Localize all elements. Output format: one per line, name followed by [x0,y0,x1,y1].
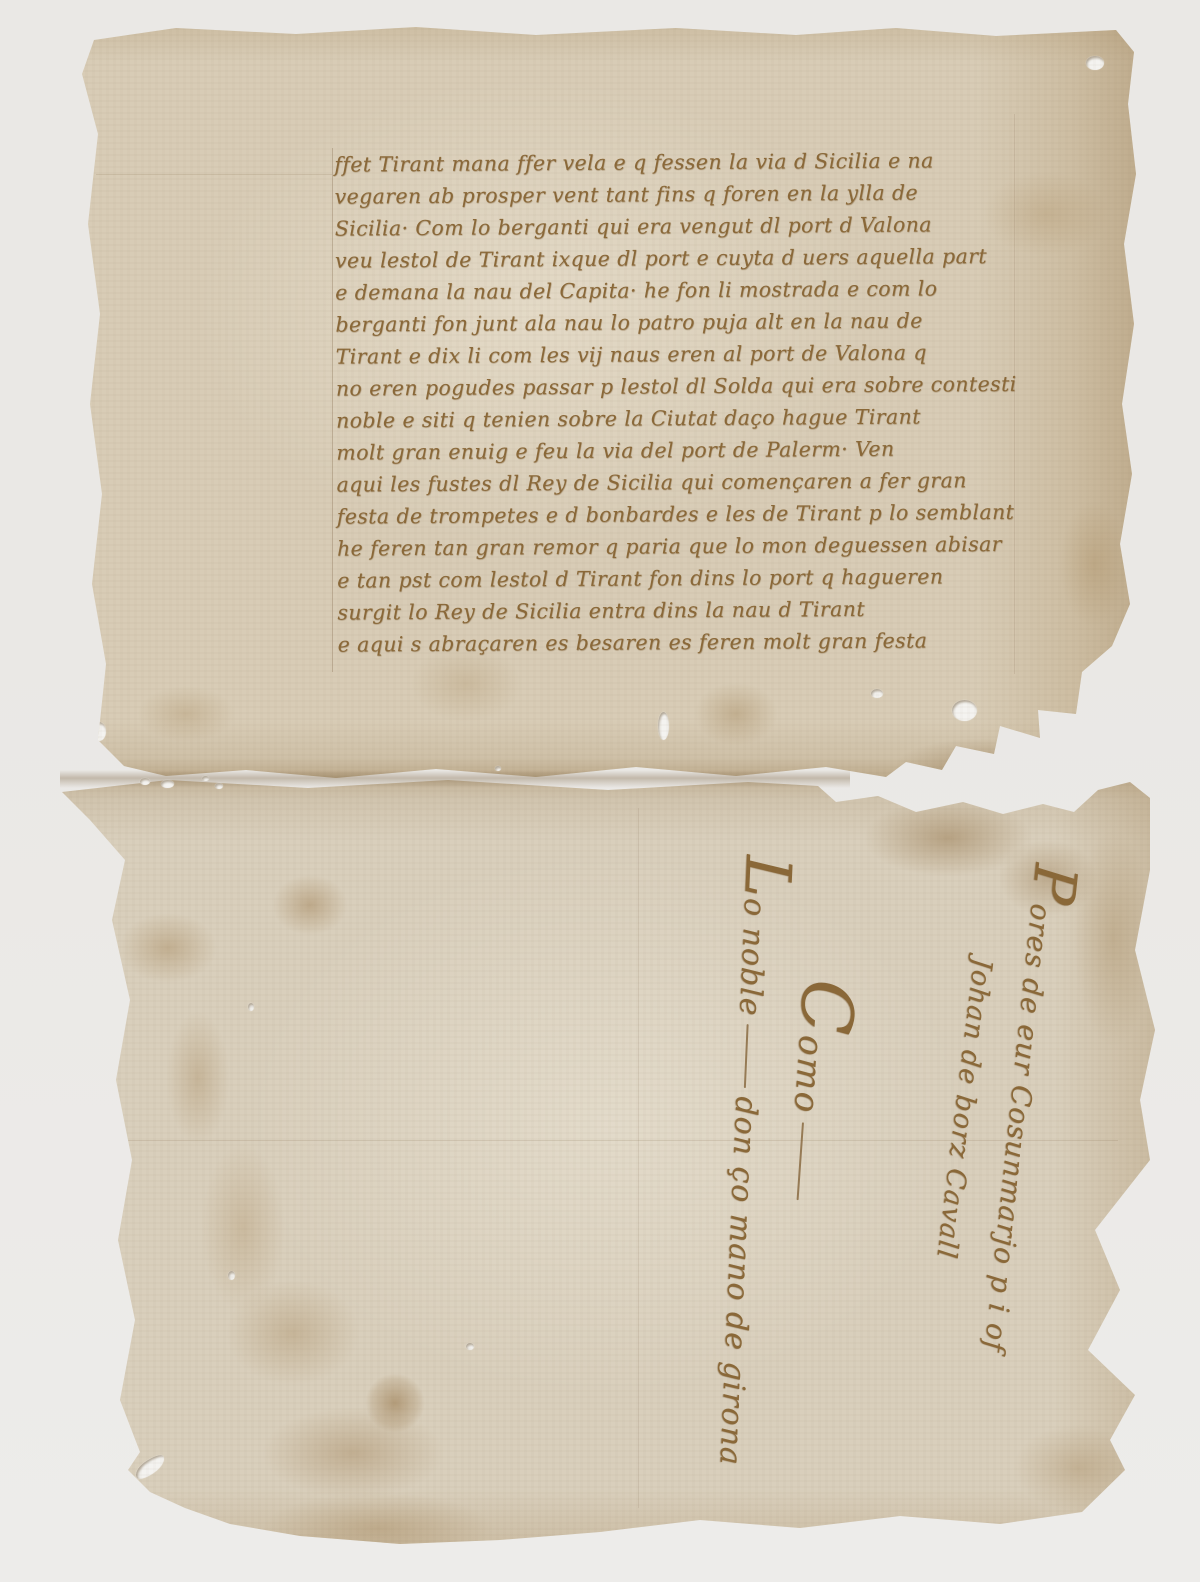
manuscript-text-line: noble e siti q tenien sobre la Ciutat da… [336,399,1076,436]
manuscript-text-line: molt gran enuig e feu la via del port de… [336,431,1076,468]
manuscript-text-line: e demana la nau del Capita· he fon li mo… [335,271,1075,308]
docket-address-line-1: Pores de eur Cosunmarjo p i of [979,862,1060,1354]
flourish-tail-stroke [797,1122,804,1200]
main-text-block: ffet Tirant mana ffer vela e q fessen la… [334,143,1078,660]
manuscript-text-line: ffet Tirant mana ffer vela e q fessen la… [334,143,1074,180]
docket-address-line-2: Johan de borz Cavall [931,957,996,1261]
docket-center-word: Como [780,978,832,1210]
crease-line-vertical [638,808,639,1508]
manuscript-text-line: e tan pst com lestol d Tirant fon dins l… [337,559,1077,596]
manuscript-text-line: he feren tan gran remor q paria que lo m… [337,527,1077,564]
docket-center-text: Como [786,977,835,1115]
manuscript-text-line: Tirant e dix li com les vij naus eren al… [336,335,1076,372]
manuscript-text-line: Sicilia· Com lo berganti qui era vengut … [335,207,1075,244]
manuscript-text-line: surgit lo Rey de Sicilia entra dins la n… [337,591,1077,628]
photo-backdrop: ffet Tirant mana ffer vela e q fessen la… [0,0,1200,1582]
ruling-crease-line [96,174,332,175]
pin-hole [248,1003,254,1011]
docket-left-part-2: don ço mano de girona [712,1096,763,1467]
manuscript-text-line: e aqui s abraçaren es besaren es feren m… [338,623,1078,660]
fold-hole [140,778,150,785]
manuscript-text-line: festa de trompetes e d bonbardes e les d… [337,495,1077,532]
fold-hole [215,783,223,789]
paper-hole [871,689,883,698]
margin-rule-line [332,148,333,672]
fold-hole [202,776,209,781]
manuscript-upper-page: ffet Tirant mana ffer vela e q fessen la… [36,24,1140,780]
manuscript-text-line: veu lestol de Tirant ixque dl port e cuy… [335,239,1075,276]
manuscript-text-line: no eren pogudes passar p lestol dl Solda… [336,367,1076,404]
paper-hole [658,712,669,740]
fold-hole [161,780,174,788]
paper-slot-tear [132,1452,168,1483]
docket-left-line: Lo nobledon ço mano de girona [714,855,772,1467]
connecting-stroke [744,1024,749,1088]
manuscript-text-line: berganti fon junt ala nau lo patro puja … [335,303,1075,340]
pin-hole [228,1271,235,1280]
manuscript-text-line: vegaren ab prosper vent tant fins q fore… [334,175,1074,212]
fold-hole [495,766,501,771]
paper-hole [92,722,106,741]
docket-left-part-1: Lo noble [732,855,774,1018]
paper-hole [952,700,977,721]
manuscript-lower-page: Pores de eur Cosunmarjo p i of Johan de … [48,768,1168,1560]
pin-hole [466,1343,474,1350]
paper-hole [1086,56,1104,70]
manuscript-text-line: aqui les fustes dl Rey de Sicilia qui co… [336,463,1076,500]
